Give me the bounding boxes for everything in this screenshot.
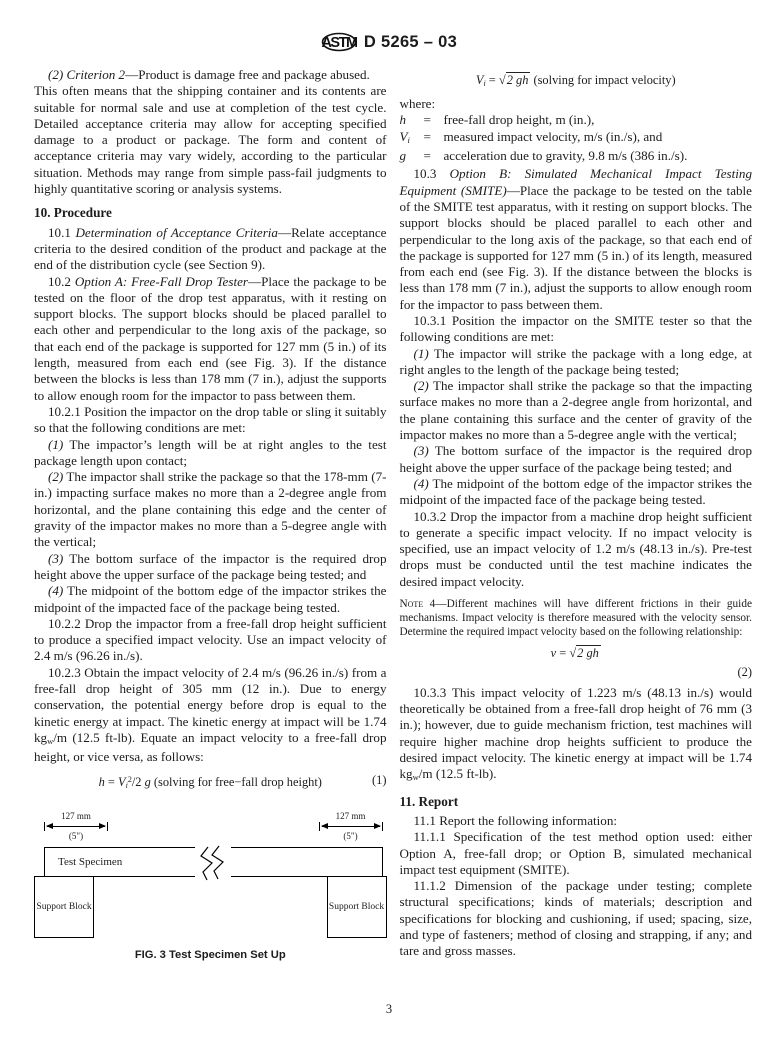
- equals-sign: =: [424, 148, 444, 164]
- text-run: 11.1.2 Dimension of the package under te…: [400, 878, 753, 958]
- dimension-arrow-icon: [319, 822, 383, 831]
- right-column: Vi = √2 gh (solving for impact velocity)…: [400, 67, 753, 963]
- paragraph: (2) Criterion 2—Product is damage free a…: [34, 67, 387, 83]
- text-run: The midpoint of the bottom edge of the i…: [34, 583, 387, 614]
- text-run: =: [105, 775, 118, 789]
- paragraph: 10.3 Option B: Simulated Mechanical Impa…: [400, 166, 753, 313]
- text-run: 10.2.1 Position the impactor on the drop…: [34, 404, 387, 435]
- paragraph: 10.2.1 Position the impactor on the drop…: [34, 404, 387, 437]
- equation-number: (1): [372, 773, 386, 788]
- text-run: 10.2: [48, 274, 75, 289]
- support-block-right: Support Block: [327, 876, 387, 938]
- equation: h = Vi2/2 g (solving for free−fall drop …: [34, 772, 387, 793]
- right-column-text: Vi = √2 gh (solving for impact velocity)…: [400, 73, 753, 960]
- text-run: (3): [48, 551, 63, 566]
- section-heading: 10. Procedure: [34, 205, 387, 221]
- paragraph: (4) The midpoint of the bottom edge of t…: [34, 583, 387, 616]
- dimension-arrow-icon: [44, 822, 108, 831]
- text-run: The bottom surface of the impactor is th…: [34, 551, 387, 582]
- equation: v = √2 gh: [400, 646, 753, 661]
- arrowhead-right-icon: [99, 823, 106, 829]
- equation-body: h = Vi2/2 g (solving for free−fall drop …: [34, 772, 387, 793]
- paragraph: 10.3.1 Position the impactor on the SMIT…: [400, 313, 753, 346]
- equation-body: Vi = √2 gh (solving for impact velocity): [400, 73, 753, 91]
- left-column: (2) Criterion 2—Product is damage free a…: [34, 67, 387, 963]
- dimension-right: 127 mm (5"): [319, 811, 383, 841]
- left-column-text: (2) Criterion 2—Product is damage free a…: [34, 67, 387, 793]
- section-heading: 11. Report: [400, 794, 753, 810]
- paragraph: 11.1.1 Specification of the test method …: [400, 829, 753, 878]
- where-definition: free-fall drop height, m (in.),: [444, 112, 753, 128]
- paragraph: 10.2.2 Drop the impactor from a free-fal…: [34, 616, 387, 665]
- where-definition: acceleration due to gravity, 9.8 m/s (38…: [444, 148, 753, 164]
- dimension-left: 127 mm (5"): [44, 811, 108, 841]
- paragraph: (3) The bottom surface of the impactor i…: [34, 551, 387, 584]
- paragraph: (3) The bottom surface of the impactor i…: [400, 443, 753, 476]
- text-run: (3): [414, 443, 429, 458]
- text-run: The midpoint of the bottom edge of the i…: [400, 476, 753, 507]
- astm-logo-icon: ASTM: [321, 30, 357, 54]
- arrowhead-left-icon: [46, 823, 53, 829]
- text-run: The impactor shall strike the package so…: [400, 378, 753, 442]
- text-run: =: [556, 646, 569, 660]
- paragraph: (2) The impactor shall strike the packag…: [400, 378, 753, 443]
- where-row: h=free-fall drop height, m (in.),: [400, 112, 753, 128]
- arrowhead-left-icon: [321, 823, 328, 829]
- support-block-left: Support Block: [34, 876, 94, 938]
- text-run: 2 gh: [506, 72, 531, 87]
- page-header: ASTM D 5265 – 03: [0, 0, 778, 54]
- text-run: 10.2.2 Drop the impactor from a free-fal…: [34, 616, 387, 664]
- text-run: i: [408, 135, 410, 145]
- text-run: Determination of Acceptance Criteria: [75, 225, 278, 240]
- astm-logo-text: ASTM: [321, 35, 357, 51]
- paragraph: 10.3.3 This impact velocity of 1.223 m/s…: [400, 685, 753, 786]
- text-run: 10.3.1 Position the impactor on the SMIT…: [400, 313, 753, 344]
- text-run: The impactor’s length will be at right a…: [34, 437, 387, 468]
- text-run: The bottom surface of the impactor is th…: [400, 443, 753, 474]
- document-page: ASTM D 5265 – 03 (2) Criterion 2—Product…: [0, 0, 778, 1041]
- dimension-left-sublabel: (5"): [44, 831, 108, 841]
- page-number: 3: [386, 1002, 392, 1016]
- where-term: g: [400, 148, 424, 164]
- text-run: —Place the package to be tested on the f…: [34, 274, 387, 403]
- text-run: (4): [48, 583, 63, 598]
- paragraph: 10.1 Determination of Acceptance Criteri…: [34, 225, 387, 274]
- text-run: 11.1 Report the following information:: [414, 813, 618, 828]
- paragraph: (4) The midpoint of the bottom edge of t…: [400, 476, 753, 509]
- text-run: /m (12.5 ft-lb).: [419, 766, 497, 781]
- text-run: Option A: Free-Fall Drop Tester: [75, 274, 248, 289]
- break-symbol-icon: [195, 843, 231, 883]
- text-run: √: [499, 73, 506, 87]
- two-column-body: (2) Criterion 2—Product is damage free a…: [0, 54, 778, 963]
- text-run: (2): [48, 469, 63, 484]
- text-run: (4): [414, 476, 429, 491]
- text-run: (2): [414, 378, 429, 393]
- text-run: V: [118, 775, 126, 789]
- text-run: (1): [414, 346, 429, 361]
- text-run: —Different machines will have different …: [400, 598, 753, 638]
- text-run: 10.1: [48, 225, 75, 240]
- where-term: h: [400, 112, 424, 128]
- equation-body: v = √2 gh: [400, 646, 753, 661]
- equals-sign: =: [424, 129, 444, 148]
- test-specimen-bar: Test Specimen: [44, 847, 383, 877]
- arrowhead-right-icon: [374, 823, 381, 829]
- dimension-right-sublabel: (5"): [319, 831, 383, 841]
- text-run: h: [400, 112, 407, 127]
- text-run: =: [486, 73, 499, 87]
- figure-3-drawing: 127 mm (5") 127 mm: [34, 811, 387, 939]
- paragraph: (2) The impactor shall strike the packag…: [34, 469, 387, 550]
- text-run: —Place the package to be tested on the t…: [400, 183, 753, 312]
- paragraph: This often means that the shipping conta…: [34, 83, 387, 197]
- figure-3-caption: FIG. 3 Test Specimen Set Up: [34, 947, 387, 963]
- where-row: g=acceleration due to gravity, 9.8 m/s (…: [400, 148, 753, 164]
- text-run: The impactor shall strike the package so…: [34, 469, 387, 549]
- text-run: This often means that the shipping conta…: [34, 83, 387, 196]
- paragraph: 11.1.2 Dimension of the package under te…: [400, 878, 753, 959]
- paragraph: 11.1 Report the following information:: [400, 813, 753, 829]
- doc-designation: D 5265 – 03: [364, 33, 457, 52]
- paragraph: (1) The impactor will strike the package…: [400, 346, 753, 379]
- text-run: 10.3: [414, 166, 450, 181]
- text-run: g: [400, 148, 407, 163]
- text-run: 11.1.1 Specification of the test method …: [400, 829, 753, 877]
- text-run: (solving for impact velocity): [530, 73, 675, 87]
- text-run: The impactor will strike the package wit…: [400, 346, 753, 377]
- where-term: Vi: [400, 129, 424, 148]
- where-intro: where:: [400, 96, 753, 112]
- test-specimen-label: Test Specimen: [58, 854, 122, 870]
- text-run: V: [400, 129, 408, 144]
- text-run: —Product is damage free and package abus…: [125, 67, 370, 82]
- figure-3: 127 mm (5") 127 mm: [34, 811, 387, 963]
- where-row: Vi=measured impact velocity, m/s (in./s)…: [400, 129, 753, 148]
- paragraph: 10.3.2 Drop the impactor from a machine …: [400, 509, 753, 590]
- where-definition: measured impact velocity, m/s (in./s), a…: [444, 129, 753, 148]
- equals-sign: =: [424, 112, 444, 128]
- text-run: /2: [132, 775, 145, 789]
- page-footer: 3: [0, 1002, 778, 1017]
- text-run: 10.3.2 Drop the impactor from a machine …: [400, 509, 753, 589]
- paragraph: 10.2 Option A: Free-Fall Drop Tester—Pla…: [34, 274, 387, 404]
- text-run: 2 gh: [576, 645, 601, 660]
- note-paragraph: Note 4—Different machines will have diff…: [400, 598, 753, 640]
- text-run: (2) Criterion 2: [48, 67, 125, 82]
- paragraph: (1) The impactor’s length will be at rig…: [34, 437, 387, 470]
- dimension-line: [47, 826, 105, 827]
- text-run: Note 4: [400, 598, 436, 610]
- text-run: /m (12.5 ft-lb). Equate an impact veloci…: [34, 730, 387, 764]
- text-run: (1): [48, 437, 63, 452]
- equation: Vi = √2 gh (solving for impact velocity): [400, 73, 753, 91]
- equation-number: (2): [400, 666, 753, 679]
- dimension-left-label: 127 mm: [44, 811, 108, 821]
- dimension-right-label: 127 mm: [319, 811, 383, 821]
- paragraph: 10.2.3 Obtain the impact velocity of 2.4…: [34, 665, 387, 766]
- dimension-line: [322, 826, 380, 827]
- text-run: (solving for free−fall drop height): [151, 775, 322, 789]
- where-list: where:h=free-fall drop height, m (in.),V…: [400, 96, 753, 164]
